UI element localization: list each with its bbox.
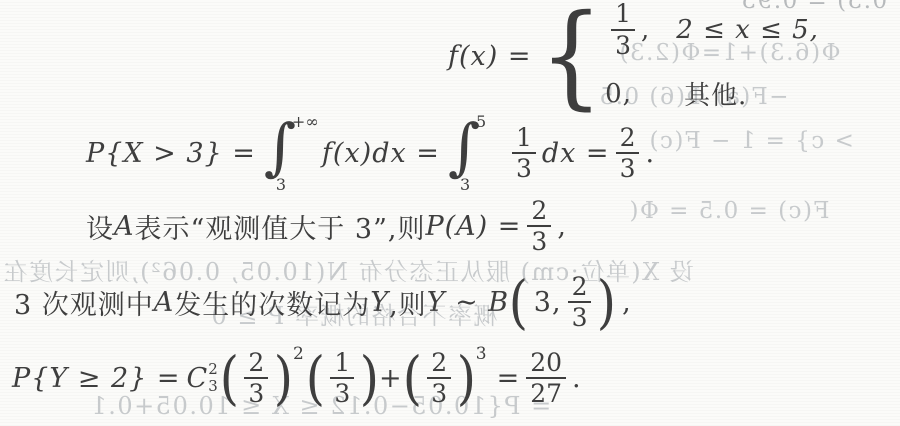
- combination-base: C: [187, 363, 208, 394]
- distribution-expression: Y ∼ B: [427, 287, 509, 318]
- fraction-denominator: 3: [531, 227, 547, 256]
- right-paren: ): [597, 273, 616, 331]
- probability-expression: P(A) =: [425, 211, 521, 242]
- fraction: 1 3: [330, 349, 354, 408]
- fraction-numerator: 20: [526, 349, 566, 380]
- exponent: 2: [293, 344, 304, 364]
- fraction: 1 3: [512, 124, 536, 183]
- ghost-text-fragment: F(c) = 0.5 = Φ(: [628, 198, 829, 224]
- fraction: 2 3: [244, 349, 268, 408]
- fraction-denominator: 3: [334, 379, 350, 408]
- distribution-arg: 3,: [534, 287, 562, 318]
- case-value: 0,: [605, 79, 632, 109]
- integral-sign: ∫ 5 3: [448, 114, 504, 192]
- probability-integral-line: P{X > 3} = ∫ +∞ 3 f(x)dx = ∫ 5 3 1 3 dx …: [86, 114, 655, 192]
- fraction-numerator: 1: [611, 0, 635, 31]
- text-segment: 设: [86, 207, 114, 246]
- cases-brace: {: [540, 0, 604, 112]
- fraction-numerator: 2: [427, 349, 451, 380]
- fraction-denominator: 3: [615, 31, 631, 60]
- text-segment: 3 次观测中: [14, 283, 154, 322]
- fraction-numerator: 1: [512, 124, 536, 155]
- integrand: f(x)dx =: [322, 138, 440, 169]
- right-paren: ): [457, 349, 476, 407]
- case-row-2: 0, 其他.: [605, 75, 819, 112]
- fraction: 2 3: [527, 197, 551, 256]
- fraction: 1 3: [611, 0, 635, 59]
- integral-lower-limit: 3: [276, 175, 286, 194]
- comma: ,: [622, 287, 632, 318]
- fraction-numerator: 2: [568, 273, 592, 304]
- event-definition-line: 设 A 表示“观测值大于 3”,则 P(A) = 2 3 ,: [86, 194, 567, 258]
- comma: ,: [557, 211, 567, 242]
- integral-upper-limit: +∞: [292, 112, 319, 131]
- fraction-denominator: 3: [431, 379, 447, 408]
- integrand: dx =: [542, 138, 610, 169]
- event-symbol: A: [154, 287, 175, 318]
- result-fraction: 20 27: [526, 349, 566, 408]
- scanned-textbook-page: 0.5) = 0.95 Φ(6.3)+1=Φ(2.3) −F(a) Φ(6) 0…: [0, 0, 900, 426]
- period: .: [645, 138, 655, 169]
- case-row-1: 1 3 , 2 ≤ x ≤ 5,: [605, 0, 819, 59]
- period: .: [572, 363, 582, 394]
- case-condition: 其他.: [684, 75, 747, 112]
- text-segment: ,则: [389, 283, 427, 322]
- case-comma: ,: [641, 15, 650, 45]
- left-paren: (: [305, 349, 324, 407]
- text-segment: 表示“观测值大于 3”,则: [135, 207, 426, 246]
- fraction-numerator: 2: [244, 349, 268, 380]
- final-computation-line: P{Y ≥ 2} = C 2 3 ( 2 3 ) 2 ( 1 3 ) + ( 2…: [12, 336, 582, 420]
- probability-lhs: P{Y ≥ 2} =: [12, 363, 181, 394]
- fraction-denominator: 3: [572, 303, 588, 332]
- result-fraction: 2 3: [616, 124, 640, 183]
- variable-symbol: Y: [370, 287, 389, 318]
- equals-sign: =: [497, 363, 521, 394]
- cases-block: 1 3 , 2 ≤ x ≤ 5, 0, 其他.: [605, 0, 819, 112]
- right-paren: ): [274, 349, 293, 407]
- plus-operator: +: [379, 363, 403, 394]
- fraction-denominator: 27: [530, 379, 562, 408]
- fraction-numerator: 2: [616, 124, 640, 155]
- fraction-denominator: 3: [248, 379, 264, 408]
- fraction: 2 3: [568, 273, 592, 332]
- fraction-denominator: 3: [516, 154, 532, 183]
- binomial-distribution-line: 3 次观测中 A 发生的次数记为 Y ,则 Y ∼ B ( 3, 2 3 ) ,: [14, 266, 632, 338]
- combination-indices: 2 3: [208, 361, 218, 396]
- integral-sign: ∫ +∞ 3: [264, 114, 320, 192]
- exponent: 3: [476, 344, 487, 364]
- combination-subscript: 3: [208, 378, 218, 395]
- right-paren: ): [360, 349, 379, 407]
- function-lhs: f(x) =: [448, 41, 532, 72]
- left-paren: (: [402, 349, 421, 407]
- case-condition: 2 ≤ x ≤ 5,: [676, 15, 819, 45]
- text-segment: 发生的次数记为: [174, 283, 370, 322]
- fraction-denominator: 3: [620, 154, 636, 183]
- left-paren: (: [219, 349, 238, 407]
- fraction: 2 3: [427, 349, 451, 408]
- fraction-numerator: 1: [330, 349, 354, 380]
- combination-superscript: 2: [208, 361, 218, 378]
- integral-lower-limit: 3: [460, 175, 470, 194]
- left-paren: (: [509, 273, 528, 331]
- piecewise-function-line: f(x) = { 1 3 , 2 ≤ x ≤ 5, 0, 其他.: [448, 0, 819, 112]
- fraction-numerator: 2: [527, 197, 551, 228]
- event-symbol: A: [114, 211, 135, 242]
- integral-upper-limit: 5: [476, 112, 486, 131]
- probability-lhs: P{X > 3} =: [86, 138, 256, 169]
- ghost-text-fragment: > c} = 1 − F(c): [648, 128, 854, 154]
- combination-symbol: C 2 3: [187, 361, 218, 396]
